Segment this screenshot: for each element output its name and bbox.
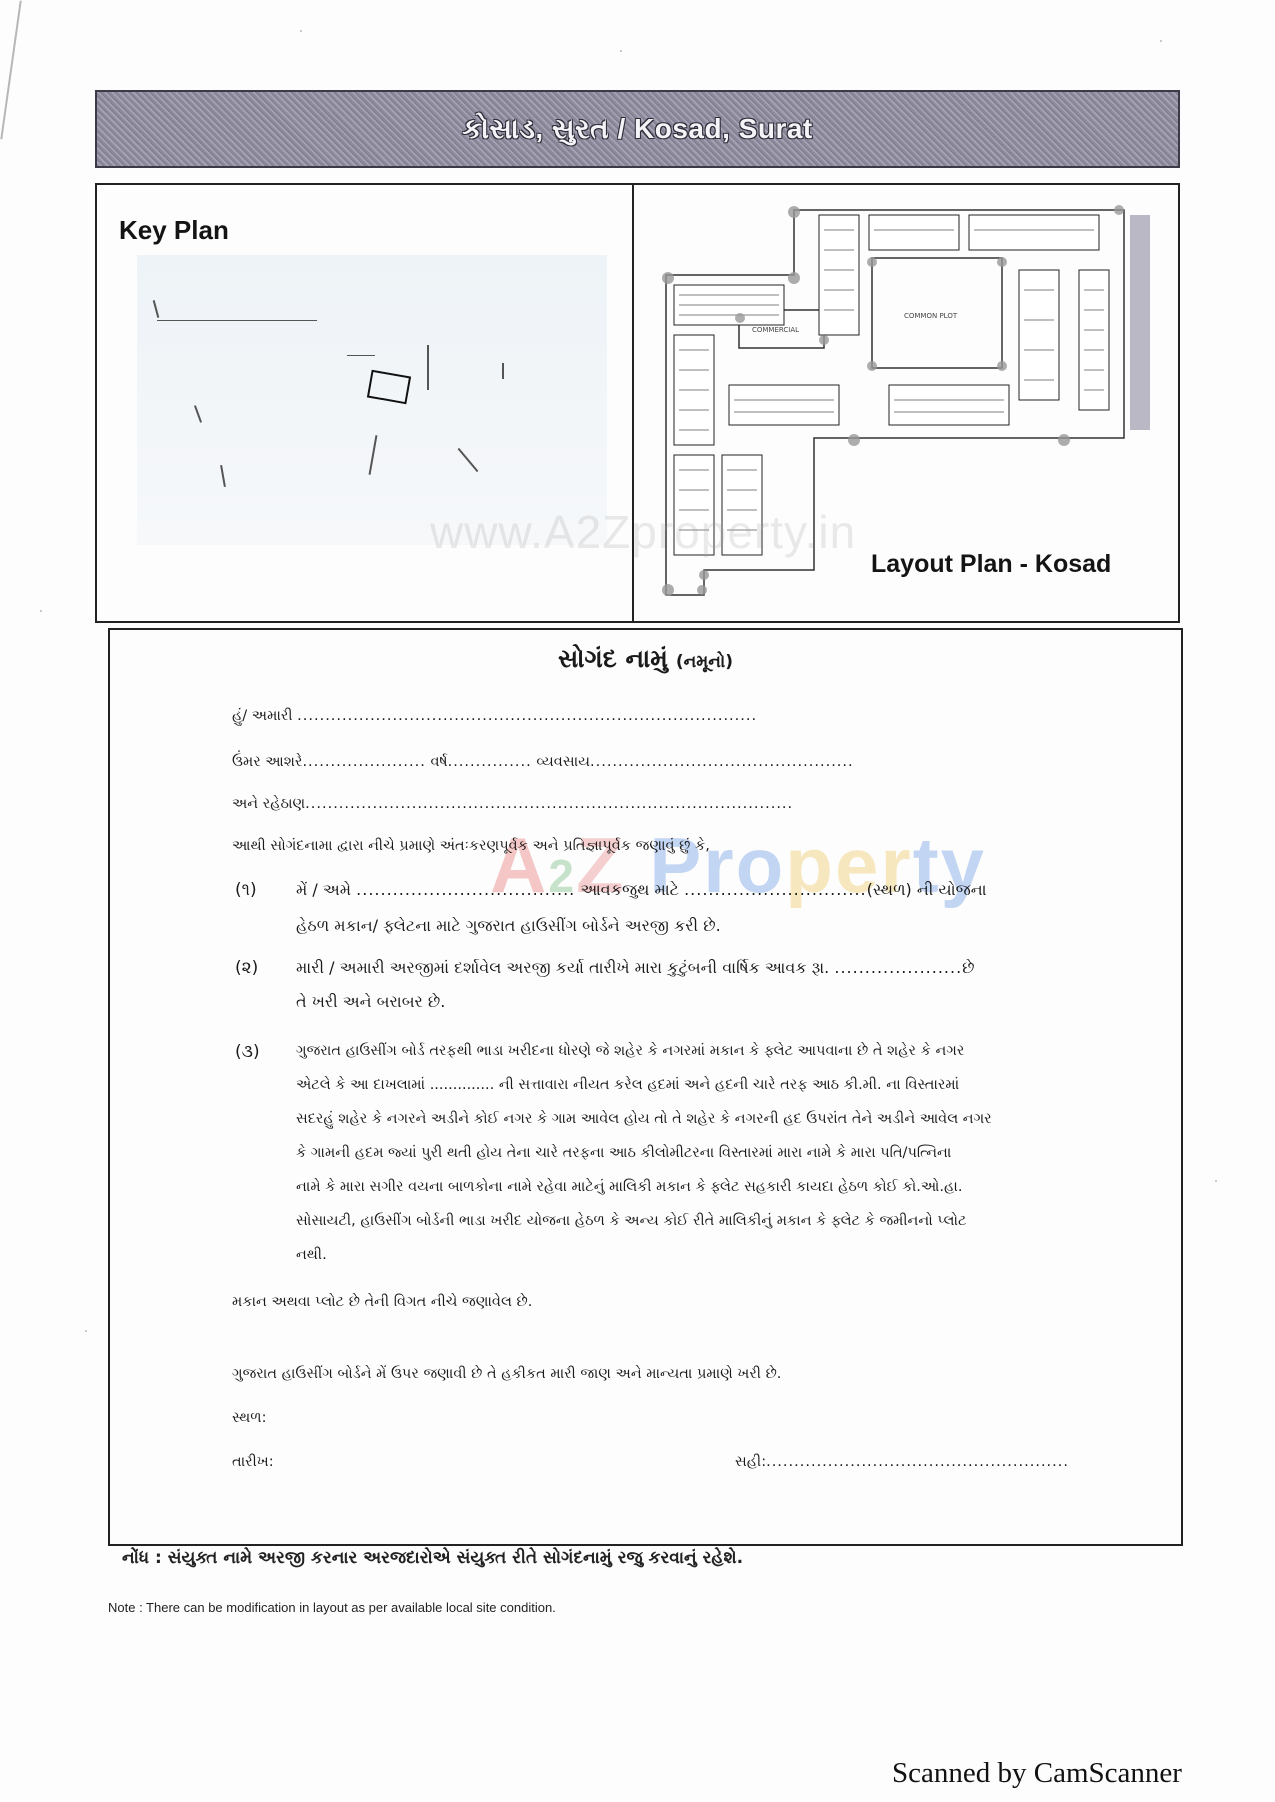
scan-edge-mark <box>0 1 21 140</box>
scan-speck <box>1215 1180 1217 1182</box>
scan-speck <box>300 30 302 32</box>
site-outline <box>367 370 411 405</box>
property-detail-text: મકાન અથવા પ્લોટ છે તેની વિગત નીચે જણાવેલ… <box>232 1294 532 1310</box>
item-2-line1[interactable]: મારી / અમારી અરજીમાં દર્શાવેલ અરજી કર્યા… <box>296 958 975 978</box>
banner-title: કોસાડ, સુરત / Kosad, Surat <box>462 113 813 146</box>
scan-speck <box>1160 40 1162 42</box>
location-banner: કોસાડ, સુરત / Kosad, Surat <box>95 90 1180 168</box>
signature-field[interactable]: સહી:....................................… <box>735 1454 1069 1470</box>
affidavit-subtitle: (નમૂનો) <box>676 652 733 672</box>
affidavit-title: સોગંદ નામું(નમૂનો) <box>110 644 1181 674</box>
age-occupation-field[interactable]: ઉંમર આશરે...................... વર્ષ....… <box>232 754 854 770</box>
joint-affidavit-note: નોંધ : સંયુક્ત નામે અરજી કરનાર અરજદારોએ … <box>122 1548 743 1568</box>
date-label[interactable]: તારીખ: <box>232 1454 274 1470</box>
layout-modification-note: Note : There can be modification in layo… <box>108 1600 556 1615</box>
watermark-url: www.A2Zproperty.in <box>430 505 856 559</box>
camscanner-footer: Scanned by CamScanner <box>892 1757 1182 1790</box>
svg-text:COMMERCIAL: COMMERCIAL <box>752 326 799 334</box>
item-1-line2: હેઠળ મકાન/ ફ્લેટના માટે ગુજરાત હાઉસીંગ બ… <box>296 916 721 936</box>
affidavit-form: સોગંદ નામું(નમૂનો) A2Z Property હું/ અમા… <box>108 628 1183 1546</box>
declaration-text: ગુજરાત હાઉસીંગ બોર્ડને મેં ઉપર જણાવી છે … <box>232 1366 781 1382</box>
item-3-paragraph: ગુજરાત હાઉસીંગ બોર્ડ તરફથી ભાડા ખરીદના ધ… <box>296 1034 1116 1272</box>
layout-plan-label: Layout Plan - Kosad <box>871 550 1111 579</box>
item-2-line2: તે ખરી અને બરાબર છે. <box>296 992 445 1012</box>
item-1-number: (૧) <box>235 880 257 900</box>
scan-speck <box>85 1330 87 1332</box>
name-field[interactable]: હું/ અમારી .............................… <box>232 708 757 724</box>
place-label[interactable]: સ્થળ: <box>232 1410 267 1426</box>
svg-text:COMMON PLOT: COMMON PLOT <box>904 312 958 320</box>
item-1-line1[interactable]: મેં / અમે ..............................… <box>296 880 987 900</box>
item-2-number: (૨) <box>235 958 258 978</box>
affidavit-intro: આથી સોગંદનામા દ્વારા નીચે પ્રમાણે અંતઃકર… <box>232 838 710 854</box>
scan-speck <box>40 610 42 612</box>
scan-speck <box>620 50 622 52</box>
residence-field[interactable]: અને રહેઠાણ..............................… <box>232 796 793 812</box>
key-plan-map <box>137 255 607 545</box>
key-plan-label: Key Plan <box>119 215 229 246</box>
item-3-number: (૩) <box>235 1042 260 1062</box>
